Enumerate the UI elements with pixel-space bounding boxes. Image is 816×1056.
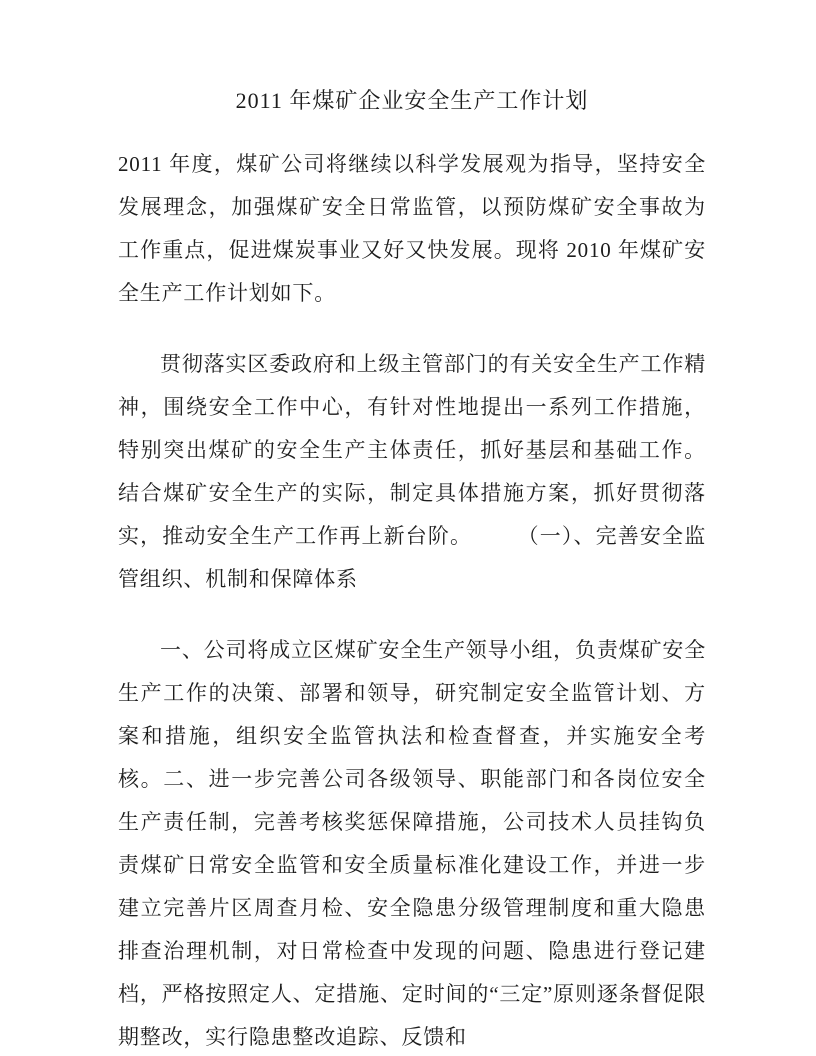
document-page: 2011 年煤矿企业安全生产工作计划 2011 年度，煤矿公司将继续以科学发展观…	[0, 0, 816, 1056]
document-title: 2011 年煤矿企业安全生产工作计划	[118, 86, 706, 116]
document-body: 2011 年度，煤矿公司将继续以科学发展观为指导，坚持安全发展理念，加强煤矿安全…	[118, 143, 706, 1056]
paragraph: 2011 年度，煤矿公司将继续以科学发展观为指导，坚持安全发展理念，加强煤矿安全…	[118, 143, 706, 315]
paragraph: 一、公司将成立区煤矿安全生产领导小组，负责煤矿安全生产工作的决策、部署和领导，研…	[118, 629, 706, 1056]
paragraph: 贯彻落实区委政府和上级主管部门的有关安全生产工作精神，围绕安全工作中心，有针对性…	[118, 343, 706, 601]
